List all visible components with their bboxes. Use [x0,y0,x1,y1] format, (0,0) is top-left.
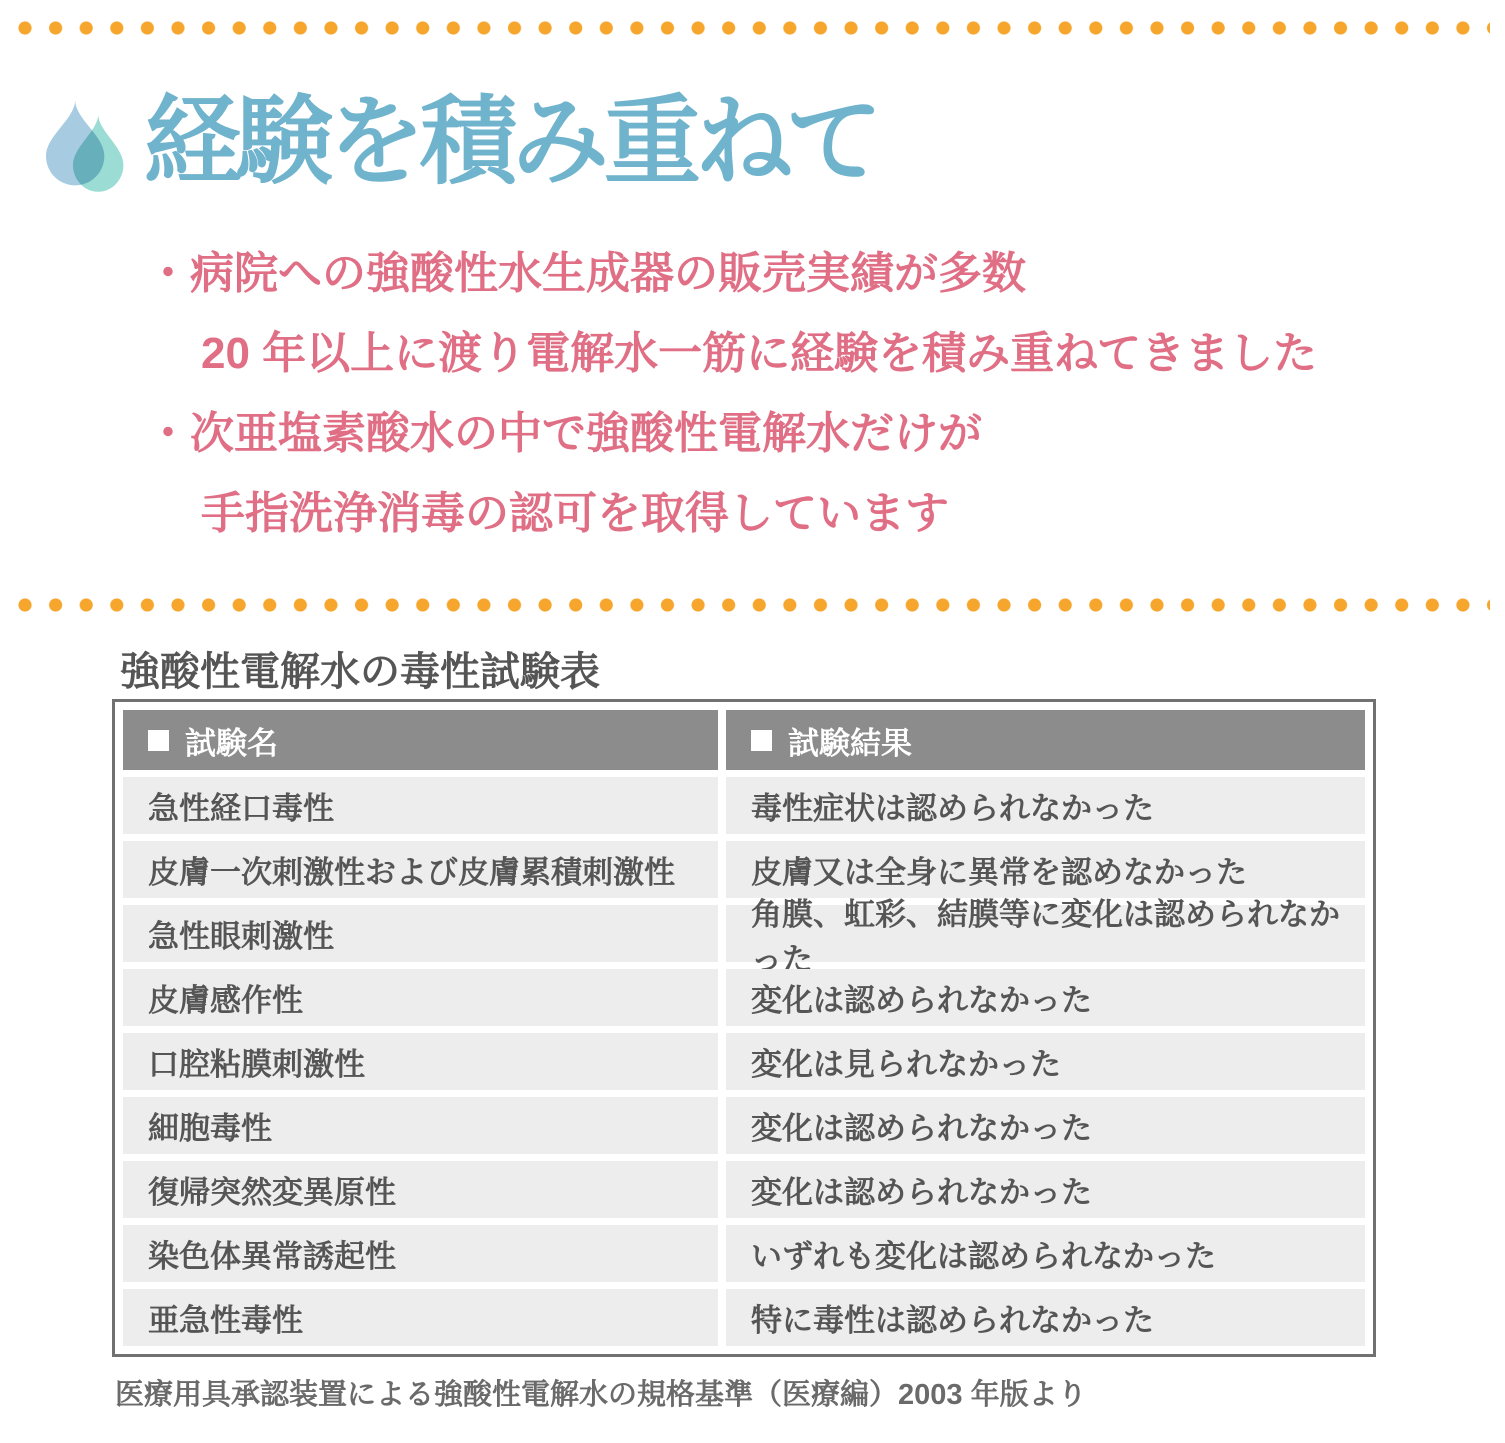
water-drops-icon [46,100,126,195]
table-row: 亜急性毒性特に毒性は認められなかった [123,1289,1365,1346]
bullet-item-continuation: 20 年以上に渡り電解水一筋に経験を積み重ねてきました [146,314,1317,394]
test-result-cell: 毒性症状は認められなかった [726,777,1365,834]
test-result-cell: 角膜、虹彩、結膜等に変化は認められなかった [726,905,1365,962]
dotted-divider-top [18,21,1490,35]
bullet-item: ・病院への強酸性水生成器の販売実績が多数 [146,234,1317,314]
test-result-cell: 特に毒性は認められなかった [726,1289,1365,1346]
table-row: 皮膚感作性変化は認められなかった [123,969,1365,1026]
dotted-divider-bottom [18,598,1490,612]
page-title: 経験を積み重ねて [144,86,878,199]
test-result-cell: 変化は見られなかった [726,1033,1365,1090]
column-header-test-name: 試験名 [123,710,718,770]
test-name-cell: 復帰突然変異原性 [123,1161,718,1218]
toxicity-table: 試験名 試験結果 急性経口毒性毒性症状は認められなかった皮膚一次刺激性および皮膚… [112,699,1376,1357]
test-name-cell: 皮膚一次刺激性および皮膚累積刺激性 [123,841,718,898]
test-name-cell: 亜急性毒性 [123,1289,718,1346]
test-name-cell: 口腔粘膜刺激性 [123,1033,718,1090]
bullet-item-continuation: 手指洗浄消毒の認可を取得しています [146,474,1317,554]
test-name-cell: 急性経口毒性 [123,777,718,834]
toxicity-table-body: 急性経口毒性毒性症状は認められなかった皮膚一次刺激性および皮膚累積刺激性皮膚又は… [123,777,1365,1346]
table-row: 急性眼刺激性角膜、虹彩、結膜等に変化は認められなかった [123,905,1365,962]
table-row: 染色体異常誘起性いずれも変化は認められなかった [123,1225,1365,1282]
square-bullet-icon [148,730,169,751]
bullet-item: ・次亜塩素酸水の中で強酸性電解水だけが [146,394,1317,474]
source-note: 医療用具承認装置による強酸性電解水の規格基準（医療編）2003 年版より [115,1372,1087,1413]
column-header-test-result: 試験結果 [726,710,1365,770]
column-header-label: 試験名 [185,718,278,763]
test-name-cell: 急性眼刺激性 [123,905,718,962]
table-header-row: 試験名 試験結果 [123,710,1365,770]
table-row: 口腔粘膜刺激性変化は見られなかった [123,1033,1365,1090]
table-row: 細胞毒性変化は認められなかった [123,1097,1365,1154]
table-title: 強酸性電解水の毒性試験表 [120,640,600,697]
table-row: 復帰突然変異原性変化は認められなかった [123,1161,1365,1218]
test-result-cell: 変化は認められなかった [726,969,1365,1026]
square-bullet-icon [751,730,772,751]
test-name-cell: 染色体異常誘起性 [123,1225,718,1282]
page: 経験を積み重ねて ・病院への強酸性水生成器の販売実績が多数 20 年以上に渡り電… [0,0,1505,1443]
bullet-list: ・病院への強酸性水生成器の販売実績が多数 20 年以上に渡り電解水一筋に経験を積… [146,234,1317,554]
test-result-cell: いずれも変化は認められなかった [726,1225,1365,1282]
test-result-cell: 変化は認められなかった [726,1097,1365,1154]
table-row: 急性経口毒性毒性症状は認められなかった [123,777,1365,834]
test-name-cell: 細胞毒性 [123,1097,718,1154]
test-result-cell: 変化は認められなかった [726,1161,1365,1218]
column-header-label: 試験結果 [788,718,912,763]
test-name-cell: 皮膚感作性 [123,969,718,1026]
